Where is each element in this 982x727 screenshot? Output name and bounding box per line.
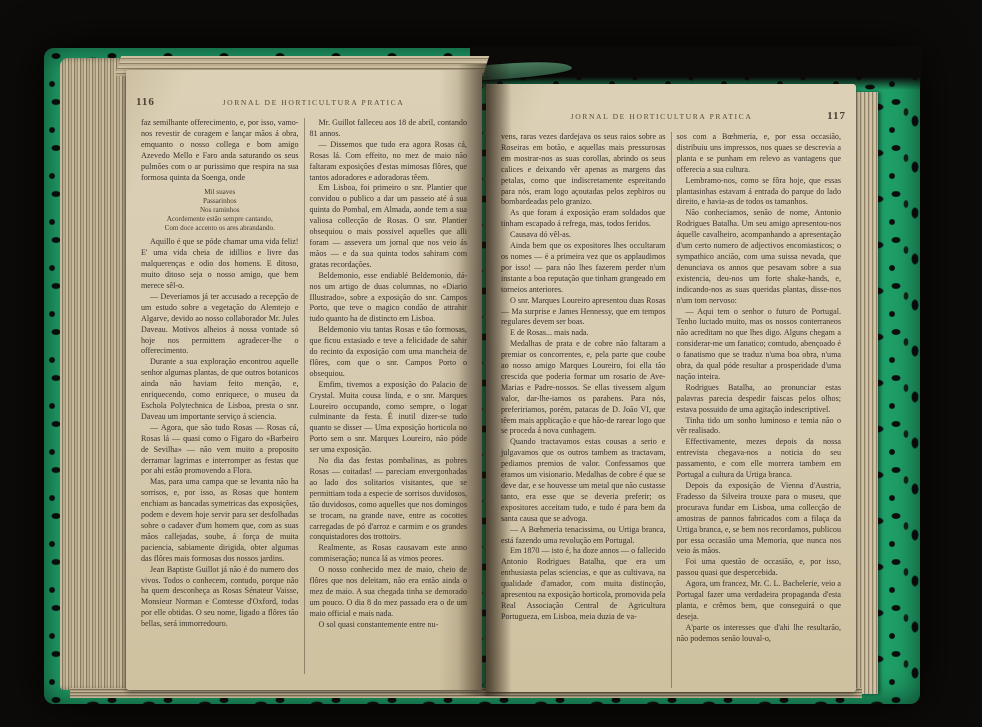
right-page-number: 117 xyxy=(827,110,846,122)
paragraph: Não conheciamos, senão de nome, Antonio … xyxy=(677,208,842,306)
paragraph: Agora, um francez, Mr. C. L. Bachelerie,… xyxy=(677,579,842,623)
paragraph: Causava dó vêl-as. xyxy=(501,230,666,241)
paragraph: faz semilhante offerecimento, e, por iss… xyxy=(141,118,299,183)
right-page-text-area: vens, raras vezes dardejava os seus raio… xyxy=(496,132,846,688)
paragraph: sos com a Bœhmeria, e, por essa occasião… xyxy=(677,132,842,176)
right-page-header: JORNAL DE HORTICULTURA PRATICA 117 xyxy=(496,110,846,122)
paragraph: Durante a sua exploração encontrou aquel… xyxy=(141,357,299,422)
poem-verse: Mil suavesPassarinhosNos raminhosAcordem… xyxy=(141,188,299,232)
text-column: sos com a Bœhmeria, e, por essa occasião… xyxy=(671,132,847,688)
paragraph: Mr. Guillot falleceu aos 18 de abril, co… xyxy=(310,118,468,140)
page-edges-left-stack xyxy=(60,58,132,690)
text-column: vens, raras vezes dardejava os seus raio… xyxy=(496,132,671,688)
paragraph: Tinha tido um sonho luminoso e temia não… xyxy=(677,416,842,438)
journal-title-right: JORNAL DE HORTICULTURA PRATICA xyxy=(496,112,827,121)
paragraph: Lembramo-nos, como se fôra hoje, que ess… xyxy=(677,176,842,209)
paragraph: A'parte os interesses que d'ahi lhe resu… xyxy=(677,623,842,645)
photo-background: 116 JORNAL DE HORTICULTURA PRATICA faz s… xyxy=(0,0,982,727)
paragraph: — Agora, que são tudo Rosas — Rosas cá, … xyxy=(141,423,299,478)
paragraph: E de Rosas... mais nada. xyxy=(501,328,666,339)
right-page: JORNAL DE HORTICULTURA PRATICA 117 vens,… xyxy=(486,84,856,692)
paragraph: vens, raras vezes dardejava os seus raio… xyxy=(501,132,666,208)
paragraph: Quando tractavamos estas cousas a serio … xyxy=(501,437,666,524)
paragraph: — A Bœhmeria tenacissima, ou Urtiga bran… xyxy=(501,525,666,547)
paragraph: Ainda bem que os expositores lhes occult… xyxy=(501,241,666,296)
paragraph: Realmente, as Rosas causavam este anno c… xyxy=(310,543,468,565)
left-page: 116 JORNAL DE HORTICULTURA PRATICA faz s… xyxy=(126,70,482,690)
paragraph: O snr. Marques Loureiro apresentou duas … xyxy=(501,296,666,329)
paragraph: O sol quasi constantemente entre nu- xyxy=(310,620,468,631)
paragraph: Effectivamente, mezes depois da nossa en… xyxy=(677,437,842,481)
left-page-text-area: faz semilhante offerecimento, e, por iss… xyxy=(136,118,472,674)
page-edges-right-stack xyxy=(854,92,878,694)
left-page-number: 116 xyxy=(136,96,155,108)
paragraph: Jean Baptiste Guillot já não é do numero… xyxy=(141,565,299,630)
paragraph: Medalhas de prata e de cobre não faltara… xyxy=(501,339,666,437)
paragraph: Depois da exposição de Vienna d'Austria,… xyxy=(677,481,842,557)
paragraph: O nosso conhecido mez de maio, cheio de … xyxy=(310,565,468,620)
paragraph: — Aqui tem o senhor o futuro de Portugal… xyxy=(677,307,842,383)
paragraph: Beldemonio, esse endiablé Beldemonio, dá… xyxy=(310,271,468,326)
paragraph: — Deveriamos já ter accusado a recepção … xyxy=(141,292,299,357)
text-column: Mr. Guillot falleceu aos 18 de abril, co… xyxy=(304,118,473,674)
paragraph: Foi uma questão de occasião, e, por isso… xyxy=(677,557,842,579)
paragraph: — Dissemos que tudo era agora Rosas cá, … xyxy=(310,140,468,184)
left-page-header: 116 JORNAL DE HORTICULTURA PRATICA xyxy=(136,96,472,108)
paragraph: No dia das festas pombalinas, as pobres … xyxy=(310,456,468,543)
paragraph: Rodrigues Batalha, ao pronunciar estas p… xyxy=(677,383,842,416)
paragraph: Beldemonio viu tantas Rosas e tão formos… xyxy=(310,325,468,380)
journal-title-left: JORNAL DE HORTICULTURA PRATICA xyxy=(155,98,472,107)
paragraph: As que foram á exposição eram soldados q… xyxy=(501,208,666,230)
paragraph: Emfim, tivemos a exposição do Palacio de… xyxy=(310,380,468,456)
text-column: faz semilhante offerecimento, e, por iss… xyxy=(136,118,304,674)
paragraph: Mas, para uma campa que se levanta não h… xyxy=(141,477,299,564)
paragraph: Em Lisboa, foi primeiro o snr. Plantier … xyxy=(310,183,468,270)
paragraph: Aquillo é que se póde chamar uma vida fe… xyxy=(141,237,299,292)
paragraph: Em 1870 — isto é, ha doze annos — o fall… xyxy=(501,546,666,622)
